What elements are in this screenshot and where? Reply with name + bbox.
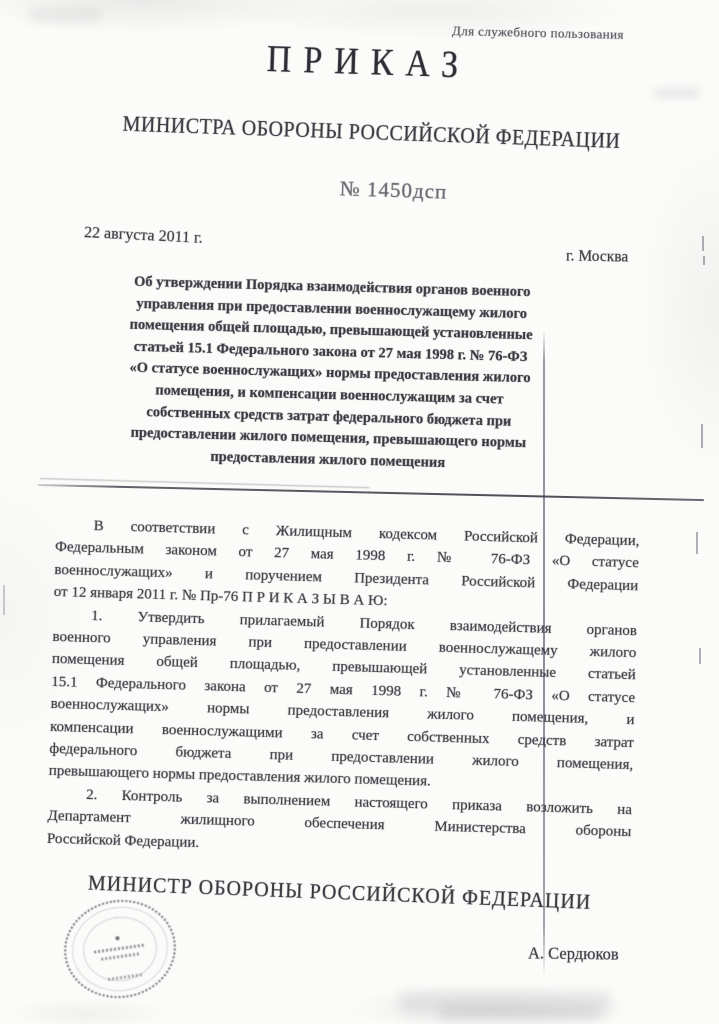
- scan-noise-blotch: [400, 992, 610, 1014]
- order-body-text: В соответствии с Жилищным кодексом Росси…: [47, 514, 640, 866]
- round-stamp-icon: [58, 893, 183, 1006]
- signature-name: А. Сердюков: [528, 943, 619, 964]
- order-place: г. Москва: [566, 247, 629, 266]
- scan-noise-blotch: [30, 8, 100, 22]
- scan-edge-artifact: [3, 585, 5, 615]
- order-date: 22 августа 2011 г.: [84, 224, 204, 248]
- subject-block: Об утверждении Порядка взаимодействия ор…: [28, 269, 633, 479]
- scan-edge-artifact: [703, 256, 705, 265]
- scan-edge-artifact: [699, 648, 701, 664]
- scan-edge-artifact: [702, 236, 704, 251]
- scanned-order-document: Для служебного пользования ПРИКАЗ МИНИСТ…: [0, 0, 719, 1024]
- classification-marking: Для служебного пользования: [452, 23, 624, 43]
- scan-noise-blotch: [440, 1008, 600, 1020]
- scan-edge-artifact: [696, 532, 698, 554]
- scan-edge-artifact: [701, 424, 703, 448]
- order-number: № 1450дсп: [34, 167, 719, 215]
- scan-fold-line: [543, 330, 545, 978]
- issuer-line: МИНИСТРА ОБОРОНЫ РОССИЙСКОЙ ФЕДЕРАЦИИ: [12, 108, 719, 158]
- separator-line: [38, 484, 704, 501]
